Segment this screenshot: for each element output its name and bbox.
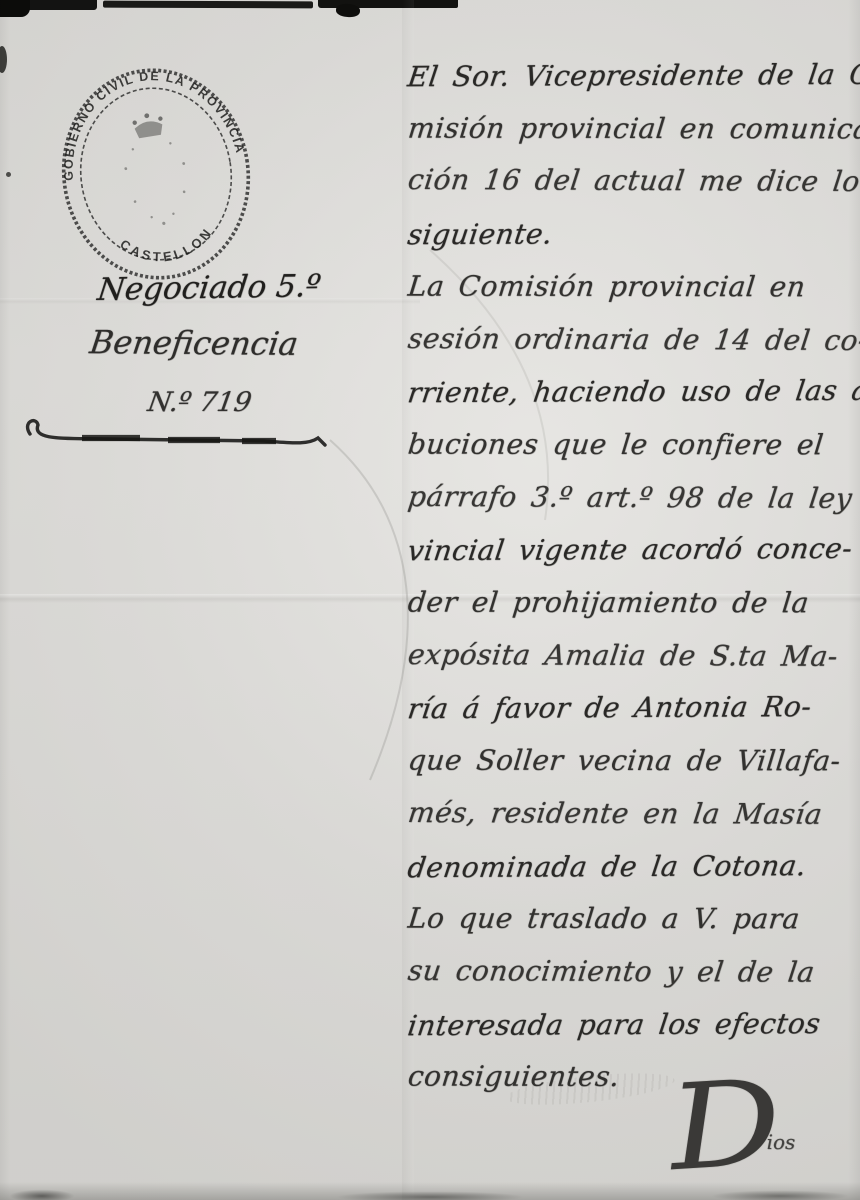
letter-line: misión provincial en comunica- [405,102,860,156]
letter-line: sesión ordinaria de 14 del co- [405,312,860,367]
valediction-initial: D [665,1063,786,1187]
margin-flourish-underline [20,410,330,454]
letter-line: interesada para los efectos [404,997,860,1052]
letter-body: El Sor. Vicepresidente de la Co- misión … [408,50,860,1104]
letter-line: párrafo 3.º art.º 98 de la ley pro- [405,471,860,526]
margin-note-negociado: Negociado 5.º [96,268,323,308]
letter-line: vincial vigente acordó conce- [404,523,860,578]
letter-line: que Soller vecina de Villafa- [405,735,860,789]
letter-line: denominada de la Cotona. [404,839,860,894]
coat-of-arms-icon [115,100,196,239]
scanned-letter-page: GOBIERNO CIVIL DE LA PROVINCIA CASTELLON [0,0,860,1200]
letter-line: més, residente en la Masía [405,787,860,842]
letter-line: La Comisión provincial en [405,260,860,314]
letter-line: expósita Amalia de S.ta Ma- [405,629,860,684]
letter-line: buciones que le confiere el [405,419,860,473]
letter-line: rriente, haciendo uso de las atri- [404,365,860,420]
valediction-rest: ios [767,1130,796,1154]
letter-line: siguiente. [404,207,860,262]
letter-line: su conocimiento y el de la [405,945,860,1000]
gobierno-civil-stamp: GOBIERNO CIVIL DE LA PROVINCIA CASTELLON [43,50,269,298]
margin-note-beneficencia: Beneficencia [88,323,301,363]
letter-line: ría á favor de Antonia Ro- [404,681,860,736]
letter-line: ción 16 del actual me dice lo [405,154,860,209]
letter-line: El Sor. Vicepresidente de la Co- [404,49,860,104]
valediction-dios: D ios [678,1066,795,1184]
letter-line: Lo que traslado a V. para [405,893,860,947]
letter-line: der el prohijamiento de la [405,577,860,631]
